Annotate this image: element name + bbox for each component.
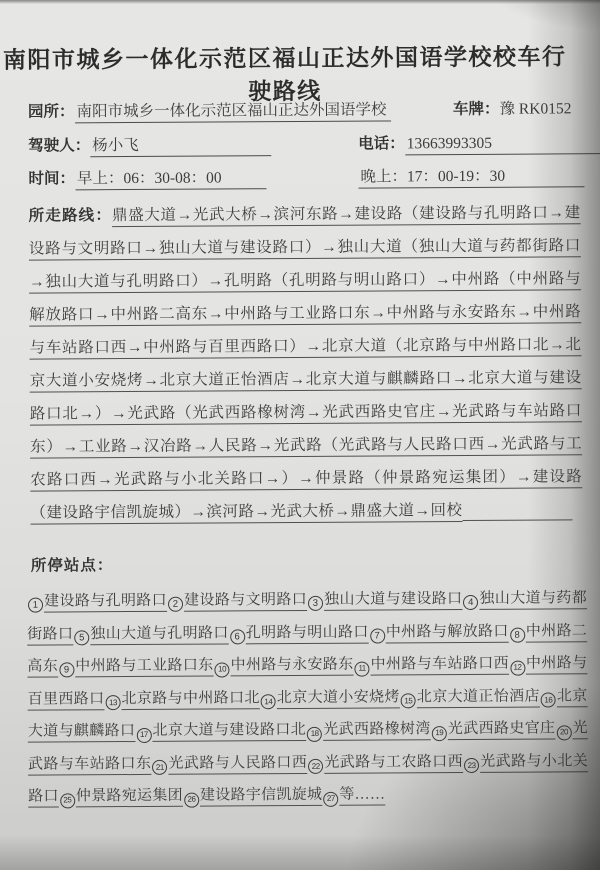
stop-name: 中州路与解放路口 — [386, 623, 509, 640]
driver-row: 驾驶人：杨小飞 电话：13663993305 — [28, 130, 578, 157]
stop-name: 建设路与孔明路口 — [44, 593, 167, 610]
plate-label: 车牌： — [453, 101, 500, 118]
stops-list: 1建设路与孔明路口2建设路与文明路口3独山大道与建设路口4独山大道与药都街路口5… — [27, 582, 588, 813]
stop-number: 5 — [74, 630, 89, 645]
stop-number: 12 — [510, 660, 525, 675]
stop-number: 4 — [463, 595, 478, 610]
kindergarten-label: 园所： — [28, 103, 75, 120]
stop-number: 15 — [401, 693, 416, 708]
stop-name: 独山大道与建设路口 — [324, 591, 462, 608]
stop-name: 中州路与永安路东 — [230, 657, 353, 674]
stop-number: 1 — [28, 598, 43, 613]
stop-name: 建设路与文明路口 — [184, 592, 307, 609]
stop-name: 北京大道小安烧烤 — [277, 689, 400, 706]
stop-number: 8 — [510, 627, 525, 642]
plate-group: 车牌：豫 RK0152 — [453, 96, 572, 119]
stop-name: 光武西路史官庄 — [448, 720, 556, 737]
phone-label: 电话： — [358, 135, 405, 152]
driver-label: 驾驶人： — [28, 137, 90, 154]
stop-name: 中州路与车站路口西 — [371, 656, 509, 673]
route-paragraph: 所走路线：鼎盛大道→光武大桥→滨河东路→建设路（建设路与孔明路口→建设路与文明路… — [29, 196, 583, 529]
evening-group: 晚上：17：00-19：30 — [358, 163, 584, 188]
stop-name: 北京路与中州路口北 — [121, 690, 259, 707]
stop-name: 独山大道与孔明路口 — [90, 625, 228, 642]
evening-time-value: 晚上：17：00-19：30 — [358, 163, 584, 188]
stop-number: 9 — [59, 663, 74, 678]
document-page: 南阳市城乡一体化示范区福山正达外国语学校校车行驶路线 园所：南阳市城乡一体化示范… — [0, 0, 600, 870]
stop-name: 光武西路橡树湾 — [323, 721, 431, 738]
stop-number: 14 — [261, 694, 276, 709]
kindergarten-row: 园所：南阳市城乡一体化示范区福山正达外国语学校 车牌：豫 RK0152 — [28, 96, 578, 123]
stops-label: 所停站点： — [31, 553, 114, 576]
stop-number: 21 — [152, 760, 167, 775]
stop-number: 23 — [464, 758, 479, 773]
stop-name: 等…… — [339, 786, 385, 802]
stop-name: 光武路与工农路口西 — [324, 754, 463, 771]
stop-name: 仲景路宛运集团 — [76, 788, 183, 805]
stop-number: 6 — [230, 629, 245, 644]
phone-value: 13663993305 — [405, 134, 600, 155]
stop-number: 26 — [184, 792, 199, 807]
stop-number: 10 — [215, 662, 230, 677]
stop-number: 2 — [168, 597, 183, 612]
route-underline-tail — [462, 504, 572, 521]
stop-name: 北京大道正怡酒店 — [417, 688, 540, 705]
stop-number: 7 — [370, 628, 385, 643]
stop-number: 25 — [60, 793, 75, 808]
stop-name: 中州路与工业路口东 — [75, 658, 213, 675]
route-text: 鼎盛大道→光武大桥→滨河东路→建设路（建设路与孔明路口→建设路与文明路口→独山大… — [29, 204, 583, 521]
kindergarten-value: 南阳市城乡一体化示范区福山正达外国语学校 — [74, 97, 390, 123]
stop-number: 3 — [308, 596, 323, 611]
stop-number: 13 — [105, 695, 120, 710]
morning-time-value: 早上：06：30-08：00 — [75, 165, 266, 190]
stop-name: 北京大道与建设路口北 — [152, 722, 306, 739]
plate-value: 豫 RK0152 — [499, 100, 571, 117]
stop-number: 17 — [136, 727, 151, 742]
phone-group: 电话：13663993305 — [358, 130, 600, 156]
stop-number: 27 — [323, 791, 338, 806]
time-label: 时间： — [28, 170, 75, 187]
stop-number: 18 — [307, 726, 322, 741]
time-row: 时间：早上：06：30-08：00 晚上：17：00-19：30 — [28, 163, 578, 190]
driver-value: 杨小飞 — [90, 132, 271, 157]
stop-number: 22 — [308, 759, 323, 774]
stop-number: 11 — [355, 661, 370, 676]
stop-number: 19 — [432, 726, 447, 741]
stop-name: 建设路宇信凯旋城 — [200, 787, 323, 804]
scanned-document: 南阳市城乡一体化示范区福山正达外国语学校校车行驶路线 园所：南阳市城乡一体化示范… — [0, 0, 600, 870]
stop-number: 20 — [556, 725, 571, 740]
route-label: 所走路线： — [29, 207, 112, 225]
stop-number: 16 — [541, 692, 556, 707]
stop-name: 光武路与人民路口西 — [168, 754, 307, 771]
stop-name: 孔明路与明山路口 — [246, 624, 369, 641]
